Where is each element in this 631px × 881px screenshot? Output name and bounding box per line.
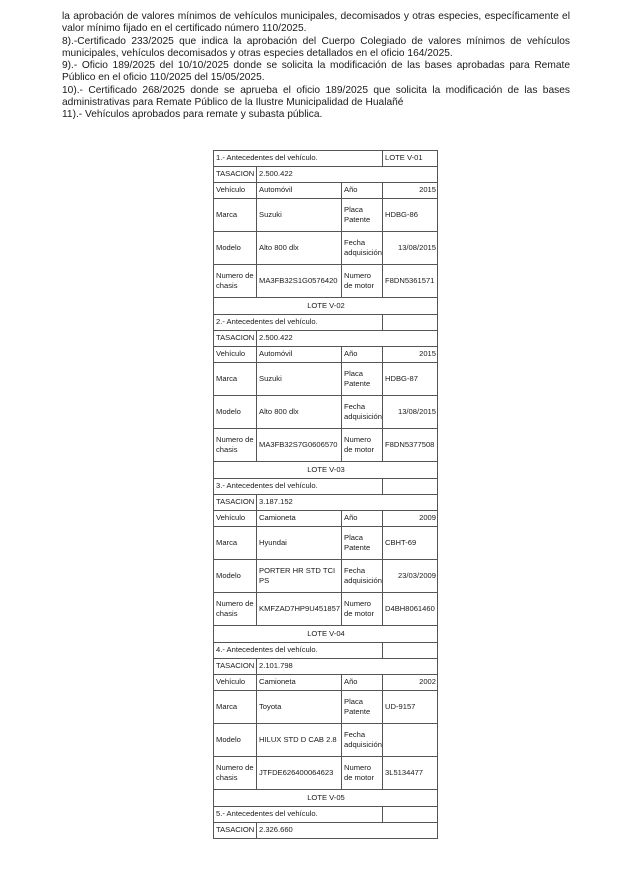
anio-value: 2015 bbox=[383, 183, 438, 199]
placa-value: UD-9157 bbox=[383, 691, 438, 724]
lote-row: LOTE V-05 bbox=[214, 790, 438, 807]
tasacion-label: TASACION bbox=[214, 495, 257, 511]
lote-label bbox=[383, 479, 438, 495]
modelo-value: PORTER HR STD TCI PS bbox=[257, 560, 342, 593]
chasis-row: Numero de chasisMA3FB32S1G0576420Numero … bbox=[214, 265, 438, 298]
lot-header: 2.- Antecedentes del vehículo. bbox=[214, 315, 383, 331]
marca-row: MarcaSuzukiPlaca PatenteHDBG-86 bbox=[214, 199, 438, 232]
motor-value: F8DN5361571 bbox=[383, 265, 438, 298]
placa-value: HDBG-86 bbox=[383, 199, 438, 232]
modelo-label: Modelo bbox=[214, 232, 257, 265]
marca-row: MarcaToyotaPlaca PatenteUD-9157 bbox=[214, 691, 438, 724]
marca-value: Toyota bbox=[257, 691, 342, 724]
vehiculo-label: Vehículo bbox=[214, 183, 257, 199]
marca-row: MarcaSuzukiPlaca PatenteHDBG-87 bbox=[214, 363, 438, 396]
fecha-value: 13/08/2015 bbox=[383, 396, 438, 429]
modelo-row: ModeloAlto 800 dlxFecha adquisición13/08… bbox=[214, 232, 438, 265]
tasacion-row: TASACION2.500.422 bbox=[214, 167, 438, 183]
chasis-row: Numero de chasisKMFZAD7HP9U451857Numero … bbox=[214, 593, 438, 626]
fecha-label: Fecha adquisición bbox=[342, 232, 383, 265]
vehiculo-label: Vehículo bbox=[214, 675, 257, 691]
lot-header-row: 4.- Antecedentes del vehículo. bbox=[214, 643, 438, 659]
vehiculo-value: Automóvil bbox=[257, 183, 342, 199]
chasis-label: Numero de chasis bbox=[214, 757, 257, 790]
modelo-label: Modelo bbox=[214, 560, 257, 593]
marca-label: Marca bbox=[214, 199, 257, 232]
marca-value: Hyundai bbox=[257, 527, 342, 560]
lote-label: LOTE V-02 bbox=[214, 298, 438, 315]
vehiculo-row: VehículoAutomóvilAño2015 bbox=[214, 183, 438, 199]
body-text: la aprobación de valores mínimos de vehí… bbox=[62, 11, 570, 122]
tasacion-label: TASACION bbox=[214, 167, 257, 183]
tasacion-row: TASACION2.326.660 bbox=[214, 823, 438, 839]
tasacion-row: TASACION2.500.422 bbox=[214, 331, 438, 347]
fecha-value: 23/03/2009 bbox=[383, 560, 438, 593]
vehiculo-row: VehículoAutomóvilAño2015 bbox=[214, 347, 438, 363]
placa-value: CBHT-69 bbox=[383, 527, 438, 560]
chasis-label: Numero de chasis bbox=[214, 429, 257, 462]
chasis-row: Numero de chasisMA3FB32S7G0606570Numero … bbox=[214, 429, 438, 462]
vehiculo-label: Vehículo bbox=[214, 347, 257, 363]
vehiculo-row: VehículoCamionetaAño2002 bbox=[214, 675, 438, 691]
modelo-row: ModeloPORTER HR STD TCI PSFecha adquisic… bbox=[214, 560, 438, 593]
lot-header-row: 3.- Antecedentes del vehículo. bbox=[214, 479, 438, 495]
lot-header-row: 5.- Antecedentes del vehículo. bbox=[214, 807, 438, 823]
modelo-row: ModeloAlto 800 dlxFecha adquisición13/08… bbox=[214, 396, 438, 429]
marca-label: Marca bbox=[214, 691, 257, 724]
lote-label: LOTE V-04 bbox=[214, 626, 438, 643]
chasis-row: Numero de chasisJTFDE626400064623Numero … bbox=[214, 757, 438, 790]
placa-label: Placa Patente bbox=[342, 363, 383, 396]
vehiculo-value: Automóvil bbox=[257, 347, 342, 363]
anio-value: 2002 bbox=[383, 675, 438, 691]
paragraph-11: 11).- Vehículos aprobados para remate y … bbox=[62, 109, 570, 121]
tasacion-value: 2.500.422 bbox=[257, 331, 438, 347]
chasis-label: Numero de chasis bbox=[214, 593, 257, 626]
vehiculo-label: Vehículo bbox=[214, 511, 257, 527]
chasis-value: MA3FB32S7G0606570 bbox=[257, 429, 342, 462]
chasis-value: JTFDE626400064623 bbox=[257, 757, 342, 790]
chasis-value: MA3FB32S1G0576420 bbox=[257, 265, 342, 298]
marca-row: MarcaHyundaiPlaca PatenteCBHT-69 bbox=[214, 527, 438, 560]
tasacion-label: TASACION bbox=[214, 823, 257, 839]
lot-header: 1.- Antecedentes del vehículo. bbox=[214, 151, 383, 167]
motor-label: Numero de motor bbox=[342, 429, 383, 462]
lot-header: 3.- Antecedentes del vehículo. bbox=[214, 479, 383, 495]
chasis-label: Numero de chasis bbox=[214, 265, 257, 298]
tasacion-row: TASACION2.101.798 bbox=[214, 659, 438, 675]
tasacion-value: 2.326.660 bbox=[257, 823, 438, 839]
marca-value: Suzuki bbox=[257, 363, 342, 396]
vehiculo-value: Camioneta bbox=[257, 675, 342, 691]
lote-row: LOTE V-02 bbox=[214, 298, 438, 315]
placa-label: Placa Patente bbox=[342, 527, 383, 560]
lote-label: LOTE V-01 bbox=[383, 151, 438, 167]
fecha-value: 13/08/2015 bbox=[383, 232, 438, 265]
modelo-label: Modelo bbox=[214, 396, 257, 429]
lote-label: LOTE V-05 bbox=[214, 790, 438, 807]
motor-label: Numero de motor bbox=[342, 265, 383, 298]
lote-label bbox=[383, 643, 438, 659]
anio-value: 2009 bbox=[383, 511, 438, 527]
chasis-value: KMFZAD7HP9U451857 bbox=[257, 593, 342, 626]
modelo-value: Alto 800 dlx bbox=[257, 396, 342, 429]
anio-label: Año bbox=[342, 675, 383, 691]
fecha-label: Fecha adquisición bbox=[342, 560, 383, 593]
lot-header: 4.- Antecedentes del vehículo. bbox=[214, 643, 383, 659]
lote-label bbox=[383, 807, 438, 823]
lot-header-row: 2.- Antecedentes del vehículo. bbox=[214, 315, 438, 331]
motor-label: Numero de motor bbox=[342, 757, 383, 790]
paragraph-8: 8).-Certificado 233/2025 que indica la a… bbox=[62, 36, 570, 61]
paragraph-10: 10).- Certificado 268/2025 donde se apru… bbox=[62, 85, 570, 110]
motor-value: F8DN5377508 bbox=[383, 429, 438, 462]
fecha-value bbox=[383, 724, 438, 757]
tasacion-value: 2.500.422 bbox=[257, 167, 438, 183]
tasacion-row: TASACION3.187.152 bbox=[214, 495, 438, 511]
placa-value: HDBG-87 bbox=[383, 363, 438, 396]
vehiculo-value: Camioneta bbox=[257, 511, 342, 527]
paragraph-intro: la aprobación de valores mínimos de vehí… bbox=[62, 11, 570, 36]
placa-label: Placa Patente bbox=[342, 199, 383, 232]
anio-label: Año bbox=[342, 511, 383, 527]
lote-label: LOTE V-03 bbox=[214, 462, 438, 479]
marca-label: Marca bbox=[214, 363, 257, 396]
paragraph-9: 9).- Oficio 189/2025 del 10/10/2025 dond… bbox=[62, 60, 570, 85]
vehiculo-row: VehículoCamionetaAño2009 bbox=[214, 511, 438, 527]
motor-label: Numero de motor bbox=[342, 593, 383, 626]
lote-row: LOTE V-03 bbox=[214, 462, 438, 479]
placa-label: Placa Patente bbox=[342, 691, 383, 724]
lot-header-row: 1.- Antecedentes del vehículo.LOTE V-01 bbox=[214, 151, 438, 167]
vehicles-table: 1.- Antecedentes del vehículo.LOTE V-01T… bbox=[213, 150, 438, 839]
modelo-label: Modelo bbox=[214, 724, 257, 757]
marca-label: Marca bbox=[214, 527, 257, 560]
fecha-label: Fecha adquisición bbox=[342, 396, 383, 429]
tasacion-label: TASACION bbox=[214, 331, 257, 347]
anio-label: Año bbox=[342, 347, 383, 363]
modelo-row: ModeloHILUX STD D CAB 2.8Fecha adquisici… bbox=[214, 724, 438, 757]
lot-header: 5.- Antecedentes del vehículo. bbox=[214, 807, 383, 823]
lote-label bbox=[383, 315, 438, 331]
motor-value: 3L5134477 bbox=[383, 757, 438, 790]
tasacion-value: 2.101.798 bbox=[257, 659, 438, 675]
motor-value: D4BH8061460 bbox=[383, 593, 438, 626]
anio-value: 2015 bbox=[383, 347, 438, 363]
marca-value: Suzuki bbox=[257, 199, 342, 232]
tasacion-value: 3.187.152 bbox=[257, 495, 438, 511]
lote-row: LOTE V-04 bbox=[214, 626, 438, 643]
modelo-value: HILUX STD D CAB 2.8 bbox=[257, 724, 342, 757]
modelo-value: Alto 800 dlx bbox=[257, 232, 342, 265]
tasacion-label: TASACION bbox=[214, 659, 257, 675]
anio-label: Año bbox=[342, 183, 383, 199]
fecha-label: Fecha adquisición bbox=[342, 724, 383, 757]
